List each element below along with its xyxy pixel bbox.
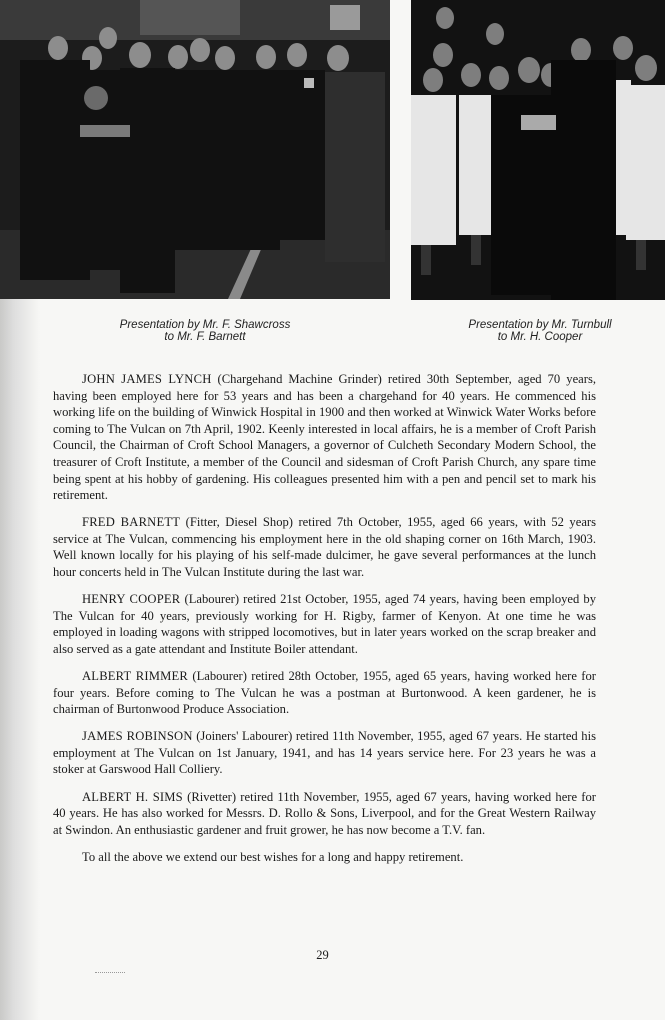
paragraph-text: (Chargehand Machine Grinder) retired 30t… bbox=[53, 372, 596, 502]
retiree-name: JOHN JAMES LYNCH bbox=[82, 372, 212, 386]
paragraph-albert-rimmer: ALBERT RIMMER (Labourer) retired 28th Oc… bbox=[53, 668, 596, 718]
retiree-name: HENRY COOPER bbox=[82, 592, 180, 606]
retiree-name: ALBERT H. SIMS bbox=[82, 790, 183, 804]
paragraph-james-robinson: JAMES ROBINSON (Joiners' Labourer) retir… bbox=[53, 728, 596, 778]
group-of-nurses-photo-icon bbox=[411, 0, 665, 300]
photo-caption-right: Presentation by Mr. Turnbull to Mr. H. C… bbox=[400, 319, 665, 343]
caption-left-line2: to Mr. F. Barnett bbox=[60, 331, 350, 343]
caption-left-line1: Presentation by Mr. F. Shawcross bbox=[60, 319, 350, 331]
article-body: JOHN JAMES LYNCH (Chargehand Machine Gri… bbox=[53, 371, 596, 876]
caption-right-line2: to Mr. H. Cooper bbox=[400, 331, 665, 343]
caption-right-line1: Presentation by Mr. Turnbull bbox=[400, 319, 665, 331]
retiree-name: FRED BARNETT bbox=[82, 515, 180, 529]
photo-caption-left: Presentation by Mr. F. Shawcross to Mr. … bbox=[60, 319, 350, 343]
page-gutter-shadow bbox=[0, 290, 40, 1020]
paragraph-john-james-lynch: JOHN JAMES LYNCH (Chargehand Machine Gri… bbox=[53, 371, 596, 504]
paragraph-albert-h-sims: ALBERT H. SIMS (Rivetter) retired 11th N… bbox=[53, 789, 596, 839]
paragraph-fred-barnett: FRED BARNETT (Fitter, Diesel Shop) retir… bbox=[53, 514, 596, 580]
closing-paragraph: To all the above we extend our best wish… bbox=[53, 849, 596, 866]
photo-presentation-turnbull-cooper bbox=[411, 0, 665, 300]
page-number: 29 bbox=[0, 948, 645, 963]
group-of-men-photo-icon bbox=[0, 0, 390, 299]
retiree-name: JAMES ROBINSON bbox=[82, 729, 193, 743]
photo-presentation-shawcross-barnett bbox=[0, 0, 390, 299]
paragraph-henry-cooper: HENRY COOPER (Labourer) retired 21st Oct… bbox=[53, 591, 596, 657]
print-artifact bbox=[95, 972, 125, 975]
retiree-name: ALBERT RIMMER bbox=[82, 669, 188, 683]
